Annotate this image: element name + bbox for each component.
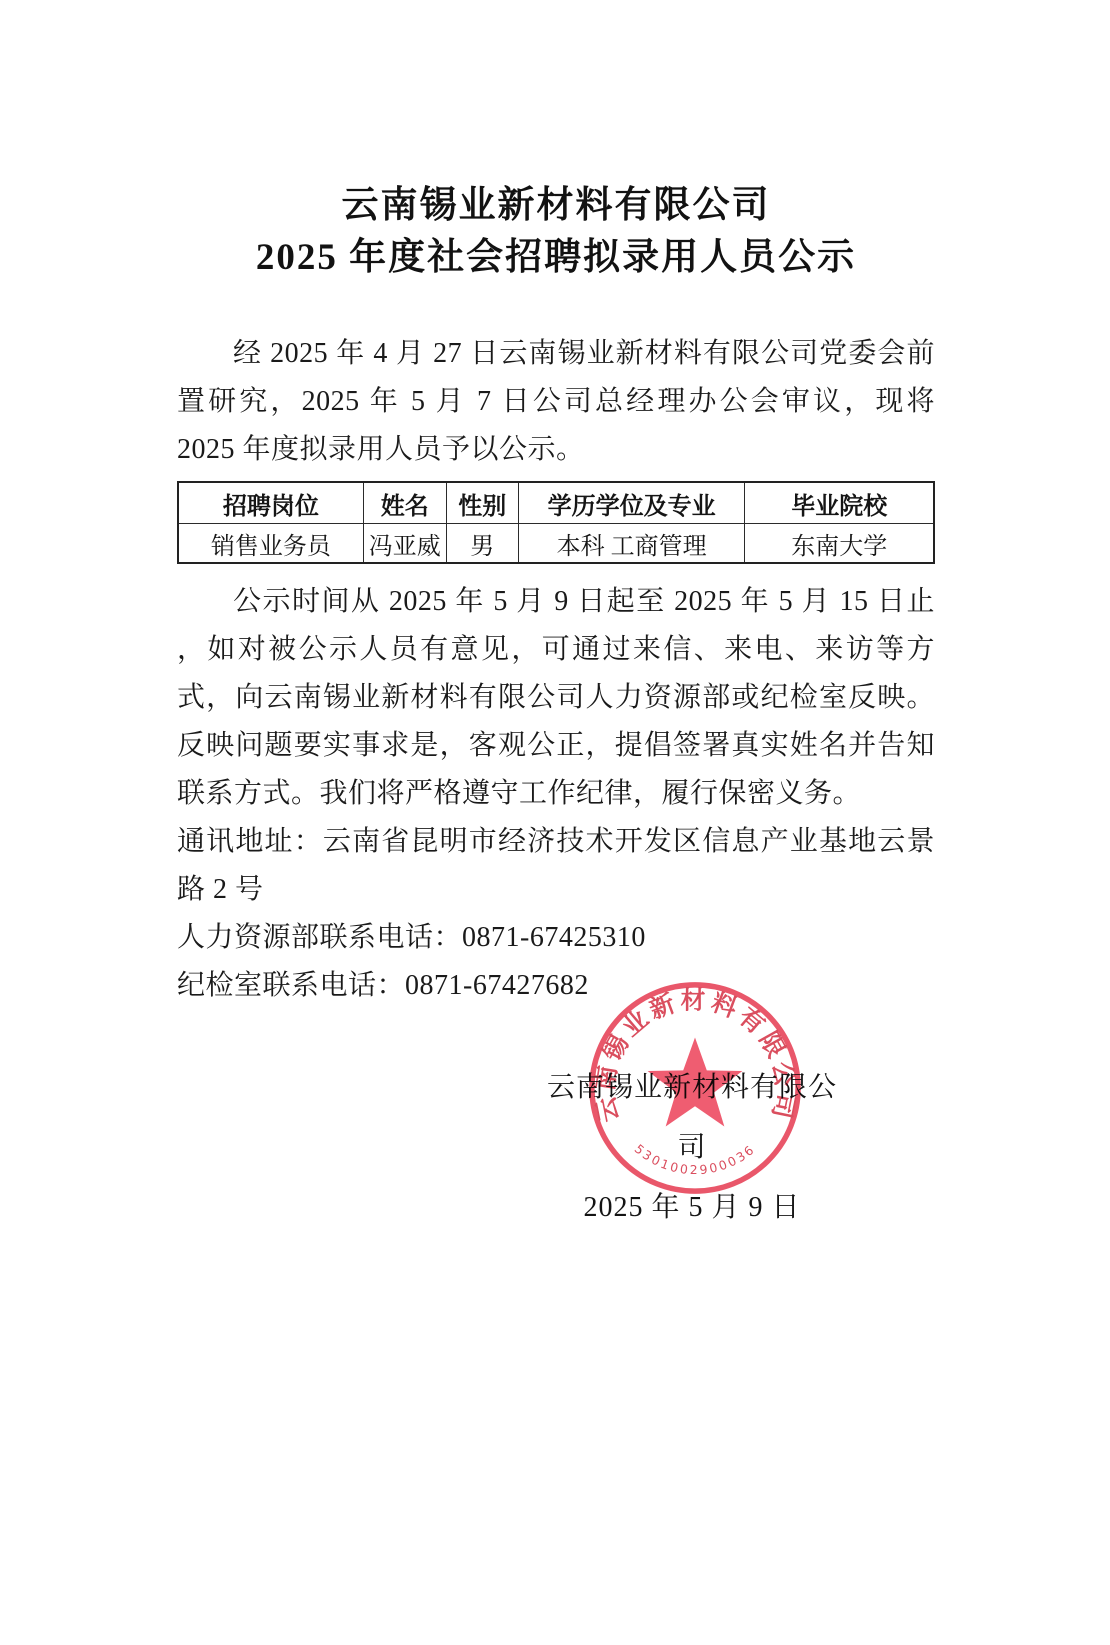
document-content: 云南锡业新材料有限公司 2025 年度社会招聘拟录用人员公示 经 2025 年 … xyxy=(0,0,1110,1238)
header-post: 招聘岗位 xyxy=(178,482,363,524)
address-line: 通讯地址：云南省昆明市经济技术开发区信息产业基地云景路 2 号 xyxy=(177,818,935,914)
header-education: 学历学位及专业 xyxy=(518,482,745,524)
header-sex: 性别 xyxy=(446,482,518,524)
announcement-page: 云南锡业新材料有限公司 2025 年度社会招聘拟录用人员公示 经 2025 年 … xyxy=(0,0,1110,1645)
title-line-2: 2025 年度社会招聘拟录用人员公示 xyxy=(177,232,935,284)
signature-company: 云南锡业新材料有限公司 xyxy=(537,1058,847,1178)
header-name: 姓名 xyxy=(363,482,446,524)
intro-paragraph: 经 2025 年 4 月 27 日云南锡业新材料有限公司党委会前置研究，2025… xyxy=(177,330,935,474)
title-line-1: 云南锡业新材料有限公司 xyxy=(177,180,935,232)
header-school: 毕业院校 xyxy=(745,482,934,524)
cell-post: 销售业务员 xyxy=(178,524,363,564)
cell-sex: 男 xyxy=(446,524,518,564)
cell-education: 本科 工商管理 xyxy=(518,524,745,564)
discipline-phone-line: 纪检室联系电话：0871-67427682 xyxy=(177,962,935,1010)
cell-school: 东南大学 xyxy=(745,524,934,564)
table-row: 销售业务员 冯亚威 男 本科 工商管理 东南大学 xyxy=(178,524,934,564)
table-header-row: 招聘岗位 姓名 性别 学历学位及专业 毕业院校 xyxy=(178,482,934,524)
notice-paragraph: 公示时间从 2025 年 5 月 9 日起至 2025 年 5 月 15 日止 … xyxy=(177,578,935,818)
hire-table: 招聘岗位 姓名 性别 学历学位及专业 毕业院校 销售业务员 冯亚威 男 本科 工… xyxy=(177,481,935,564)
signature-date: 2025 年 5 月 9 日 xyxy=(537,1178,847,1238)
signature-block: 云南锡业新材料有限公司 2025 年 5 月 9 日 xyxy=(537,1058,847,1238)
document-title: 云南锡业新材料有限公司 2025 年度社会招聘拟录用人员公示 xyxy=(177,180,935,284)
cell-name: 冯亚威 xyxy=(363,524,446,564)
hr-phone-line: 人力资源部联系电话：0871-67425310 xyxy=(177,914,935,962)
